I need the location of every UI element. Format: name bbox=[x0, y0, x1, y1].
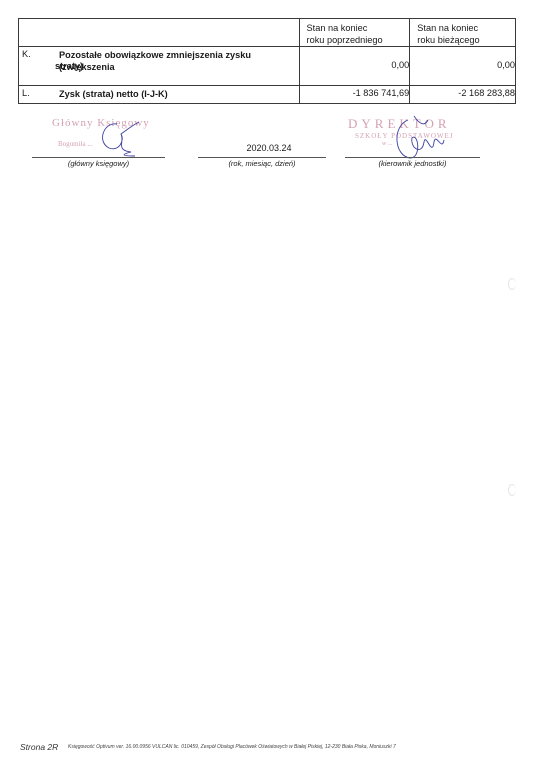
row-prev-value: -1 836 741,69 bbox=[299, 86, 410, 104]
table-header-row: Stan na koniecroku poprzedniego Stan na … bbox=[19, 19, 516, 47]
signature-line bbox=[32, 157, 165, 158]
date-line bbox=[198, 157, 326, 158]
software-footer: Księgowość Optivum ver. 16.00.0956 VULCA… bbox=[68, 744, 396, 750]
row-curr-value: 0,00 bbox=[410, 47, 516, 86]
row-prev-value: 0,00 bbox=[299, 47, 410, 86]
accountant-signature bbox=[95, 118, 145, 158]
table-row: K. Pozostałe obowiązkowe zmniejszenia zy… bbox=[19, 47, 516, 86]
row-curr-value: -2 168 283,88 bbox=[410, 86, 516, 104]
table-row: L. Zysk (strata) netto (I-J-K) -1 836 74… bbox=[19, 86, 516, 104]
signature-line bbox=[345, 157, 480, 158]
director-signature-block: (kierownik jednostki) bbox=[345, 157, 480, 168]
date-value: 2020.03.24 bbox=[200, 143, 338, 153]
accountant-stamp-name: Bogumiła ... bbox=[58, 140, 93, 148]
row-code: K. bbox=[22, 49, 31, 59]
date-block: (rok, miesiąc, dzień) bbox=[198, 157, 326, 168]
punch-hole-mark bbox=[508, 484, 516, 496]
row-label: Pozostałe obowiązkowe zmniejszenia zysku… bbox=[59, 49, 295, 73]
director-caption: (kierownik jednostki) bbox=[345, 159, 480, 168]
profit-loss-table: Stan na koniecroku poprzedniego Stan na … bbox=[18, 18, 516, 104]
row-code: L. bbox=[22, 88, 30, 98]
date-caption: (rok, miesiąc, dzień) bbox=[198, 159, 326, 168]
header-blank-cell bbox=[19, 19, 300, 47]
accountant-caption: (główny księgowy) bbox=[32, 159, 165, 168]
row-label-cont: straty) bbox=[55, 61, 83, 71]
punch-hole-mark bbox=[508, 278, 516, 290]
header-prev-year: Stan na koniecroku poprzedniego bbox=[299, 19, 410, 47]
header-curr-year: Stan na koniecroku bieżącego bbox=[410, 19, 516, 47]
accountant-signature-block: (główny księgowy) bbox=[32, 157, 165, 168]
row-label: Zysk (strata) netto (I-J-K) bbox=[59, 88, 295, 100]
page-number: Strona 2R bbox=[20, 742, 58, 752]
